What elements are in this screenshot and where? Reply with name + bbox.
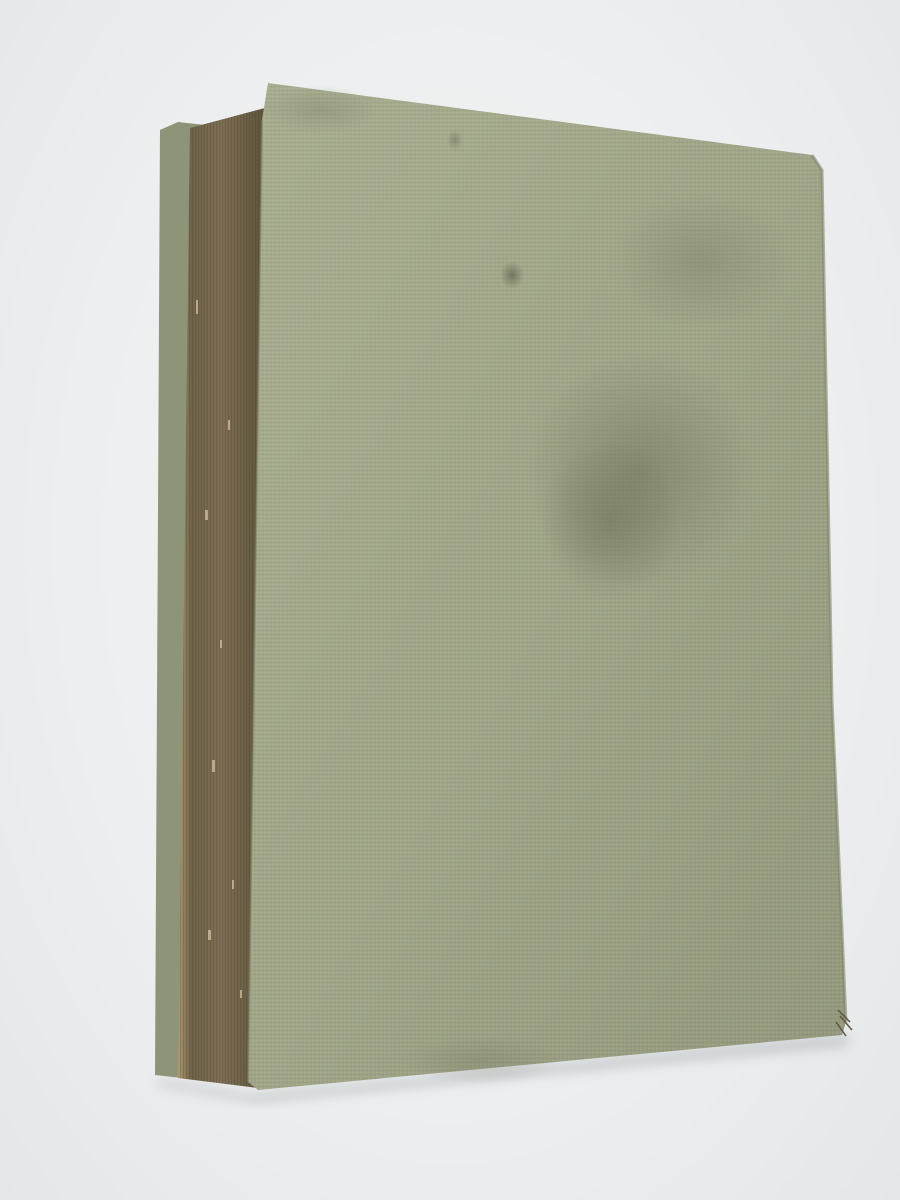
book-illustration bbox=[0, 0, 900, 1200]
photo-scene bbox=[0, 0, 900, 1200]
dark-spot bbox=[500, 261, 524, 289]
